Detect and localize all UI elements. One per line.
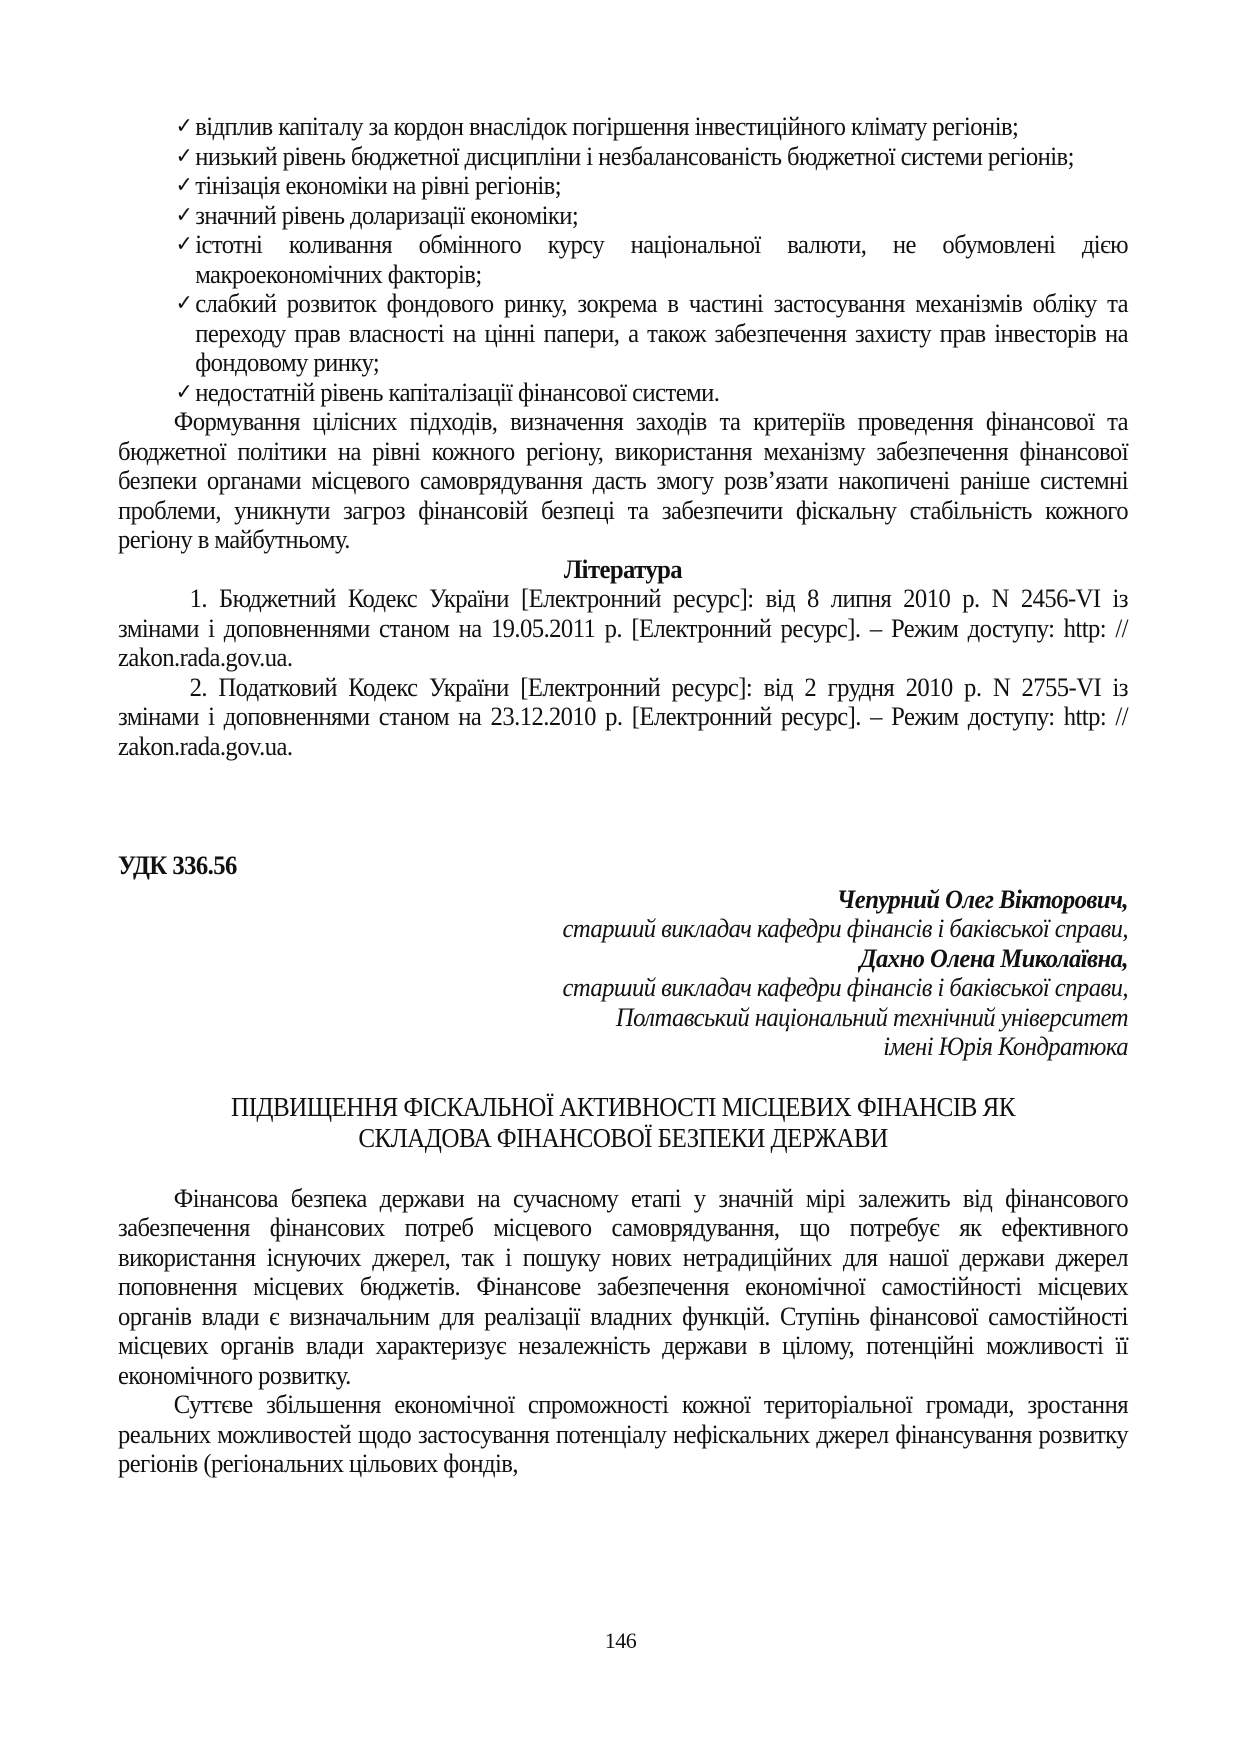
list-item: ✓слабкий розвиток фондового ринку, зокре…	[118, 289, 1128, 378]
literature-heading: Література	[118, 555, 1128, 585]
author-position: старший викладач кафедри фінансів і бакі…	[118, 914, 1128, 944]
author-position: старший викладач кафедри фінансів і бакі…	[118, 973, 1128, 1003]
author-name: Дахно Олена Миколаївна,	[118, 944, 1128, 974]
udc-code: УДК 336.56	[118, 851, 1128, 881]
page-text: ✓відплив капіталу за кордон внаслідок по…	[118, 112, 1128, 1479]
document-page: ✓відплив капіталу за кордон внаслідок по…	[118, 112, 1128, 1479]
reference-item: 2. Податковий Кодекс України [Електронни…	[118, 673, 1128, 762]
checkmark-icon: ✓	[176, 230, 193, 260]
list-item: ✓значний рівень доларизації економіки;	[118, 201, 1128, 231]
body-paragraph: Суттєве збільшення економічної спроможно…	[118, 1390, 1128, 1479]
checkmark-icon: ✓	[176, 112, 193, 142]
reference-item: 1. Бюджетний Кодекс України [Електронний…	[118, 584, 1128, 673]
list-item: ✓відплив капіталу за кордон внаслідок по…	[118, 112, 1128, 142]
checkmark-icon: ✓	[176, 201, 193, 231]
list-item: ✓недостатній рівень капіталізації фінанс…	[118, 378, 1128, 408]
article-title: ПІДВИЩЕННЯ ФІСКАЛЬНОЇ АКТИВНОСТІ МІСЦЕВИ…	[118, 1092, 1128, 1154]
checkmark-icon: ✓	[176, 289, 193, 319]
page-number: 146	[0, 1628, 1241, 1654]
author-affiliation: імені Юрія Кондратюка	[118, 1032, 1128, 1062]
author-affiliation: Полтавський національний технічний уніве…	[118, 1003, 1128, 1033]
threats-list: ✓відплив капіталу за кордон внаслідок по…	[118, 112, 1128, 407]
conclusion-paragraph: Формування цілісних підходів, визначення…	[118, 407, 1128, 555]
checkmark-icon: ✓	[176, 142, 193, 172]
list-item: ✓тінізація економіки на рівні регіонів;	[118, 171, 1128, 201]
author-name: Чепурний Олег Вікторович,	[118, 885, 1128, 915]
body-paragraph: Фінансова безпека держави на сучасному е…	[118, 1184, 1128, 1391]
checkmark-icon: ✓	[176, 171, 193, 201]
checkmark-icon: ✓	[176, 378, 193, 408]
list-item: ✓низький рівень бюджетної дисципліни і н…	[118, 142, 1128, 172]
list-item: ✓істотні коливання обмінного курсу націо…	[118, 230, 1128, 289]
